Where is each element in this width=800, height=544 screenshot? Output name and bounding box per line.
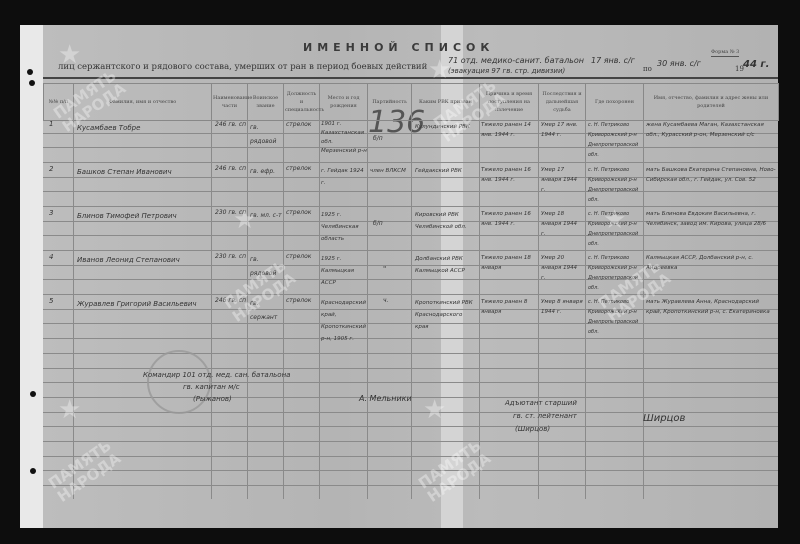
- punch-hole: [27, 69, 33, 75]
- row-relatives: жена Кусамбаева Маган, Казахстанская обл…: [646, 120, 776, 140]
- row-number: 1: [49, 120, 53, 128]
- row-name: Башков Степан Иванович: [77, 165, 209, 179]
- document-subtitle: лиц сержантского и рядового состава, уме…: [58, 62, 427, 72]
- signature-left: А. Мельники: [359, 394, 412, 403]
- row-burial: с. Н. Петриково Криворожский р-н Днепроп…: [588, 120, 642, 160]
- col-header-burial: Где похоронен: [586, 84, 644, 121]
- unit-handwritten-2: (эвакуация 97 гв. стр. дивизии): [448, 67, 565, 75]
- row-number: 2: [49, 165, 53, 173]
- signature-left-line2: гв. капитан м/с: [183, 383, 240, 391]
- row-relatives: мать Башкова Екатерина Степановна, Ново-…: [646, 165, 776, 185]
- casualty-table: №№ п/п Фамилия, имя и отчество Наименова…: [43, 83, 779, 121]
- row-number: 3: [49, 209, 53, 217]
- row-position: стрелок: [286, 253, 311, 260]
- grid-line: [43, 294, 778, 295]
- row-rank: гв. рядовой: [250, 121, 282, 149]
- row-cause: Тяжело ранен 16 янв. 1944 г.: [481, 165, 537, 185]
- row-birth: г. Гейдак 1924 г.: [321, 165, 367, 189]
- table-header-row: №№ п/п Фамилия, имя и отчество Наименова…: [44, 84, 779, 121]
- col-header-unit: Наименование части: [212, 84, 248, 121]
- row-name: Кусамбаев Тобре: [77, 121, 209, 135]
- grid-line: [43, 485, 778, 486]
- punch-hole: [30, 468, 36, 474]
- signature-right-line1: Адъютант старший: [505, 399, 577, 407]
- row-name: Блинов Тимофей Петрович: [77, 209, 209, 223]
- header-rule: [43, 77, 778, 79]
- row-party: член ВЛКСМ: [370, 165, 410, 177]
- grid-line: [43, 191, 778, 192]
- row-outcome: Умер 18 января 1944 г.: [541, 209, 583, 239]
- punch-hole: [30, 391, 36, 397]
- grid-line: [43, 426, 778, 427]
- row-rvk: Долбанский РВК Калмыцкой АССР: [415, 253, 477, 277]
- row-party: б/п: [373, 135, 383, 142]
- grid-line: [43, 206, 778, 207]
- row-relatives: мать Блинова Евдокия Васильевна, г. Челя…: [646, 209, 776, 229]
- binding-margin: [20, 25, 44, 528]
- col-header-party: Партийность: [368, 84, 412, 121]
- star-icon: ★: [428, 55, 451, 85]
- signature-right: Ширцов: [643, 413, 685, 424]
- row-outcome: Умер 17 января 1944 г.: [541, 165, 583, 195]
- row-number: 4: [49, 253, 53, 261]
- row-party: ": [383, 265, 386, 273]
- date-from: 17 янв. с/г: [591, 56, 635, 65]
- grid-line: [43, 456, 778, 457]
- row-burial: с. Н. Петриково Криворожский р-н Днепроп…: [588, 165, 642, 205]
- star-icon: ★: [603, 205, 626, 235]
- grid-line: [43, 353, 778, 354]
- row-position: стрелок: [286, 165, 311, 172]
- date-to-label: по: [643, 65, 652, 73]
- official-stamp: [147, 350, 211, 414]
- grid-line: [43, 470, 778, 471]
- row-number: 5: [49, 297, 53, 305]
- col-header-position: Должность и специальность: [284, 84, 320, 121]
- col-header-rank: Воинское звание: [248, 84, 284, 121]
- row-party: ч.: [383, 297, 388, 304]
- grid-line: [43, 338, 778, 339]
- grid-line: [43, 147, 778, 148]
- row-cause: Тяжело ранен 18 января: [481, 253, 537, 273]
- punch-hole: [29, 80, 35, 86]
- watermark: ПАМЯТЬНАРОДА: [45, 437, 123, 505]
- grid-line: [43, 441, 778, 442]
- row-position: стрелок: [286, 297, 311, 304]
- row-birth: 1925 г. Челябинская область: [321, 209, 367, 245]
- row-position: стрелок: [286, 121, 311, 128]
- row-rvk: Гейдакский РВК: [415, 165, 477, 177]
- row-relatives: Калмыцкая АССР, Долбанский р-н, с. Андре…: [646, 253, 776, 273]
- row-position: стрелок: [286, 209, 311, 216]
- row-rvk: Кропоткинский РВК Краснодарского края: [415, 297, 477, 333]
- row-name: Журавлев Григорий Васильевич: [77, 297, 209, 311]
- row-rank: гв. ефр.: [250, 165, 282, 179]
- unit-handwritten: 71 отд. медико-санит. батальон: [448, 56, 584, 65]
- grid-line: [43, 235, 778, 236]
- date-to: 30 янв. с/г: [657, 59, 701, 68]
- signature-right-line2: гв. ст. лейтенант: [513, 412, 577, 420]
- row-cause: Тяжело ранен 16 янв. 1944 г.: [481, 209, 537, 229]
- row-unit: 246 гв. сп: [215, 165, 246, 172]
- row-party: б/п: [373, 220, 383, 227]
- document-page: ИМЕННОЙ СПИСОК Форма № 3 лиц сержантског…: [43, 25, 778, 528]
- col-header-birth: Место и год рождения: [320, 84, 368, 121]
- signature-right-line3: (Ширцов): [515, 425, 550, 433]
- row-birth: 1901 г. Казахстанская обл. Мерзенский р-…: [321, 120, 367, 156]
- row-rvk: Кировский РВК Челябинской обл.: [415, 209, 477, 233]
- star-icon: ★: [233, 205, 256, 235]
- col-header-relatives: Имя, отчество, фамилия и адрес жены или …: [644, 84, 779, 121]
- row-outcome: Умер 8 января 1944 г.: [541, 297, 583, 317]
- row-outcome: Умер 17 янв. 1944 г.: [541, 120, 583, 140]
- signature-left-line3: (Рыжанов): [193, 395, 232, 403]
- document-title: ИМЕННОЙ СПИСОК: [303, 41, 494, 54]
- star-icon: ★: [423, 395, 446, 425]
- row-cause: Тяжело ранен 8 января: [481, 297, 537, 317]
- col-header-outcome: Последствия и дальнейшая судьба: [539, 84, 586, 121]
- row-birth: 1925 г. Калмыцкая АССР: [321, 253, 367, 289]
- row-name: Иванов Леонид Степанович: [77, 253, 209, 267]
- row-relatives: мать Журавлева Анна, Краснодарский край,…: [646, 297, 776, 317]
- row-birth: Краснодарский край, Кропоткинский р-н, 1…: [321, 297, 367, 345]
- row-unit: 246 гв. сп: [215, 121, 246, 128]
- signature-left-line1: Командир 101 отд. мед. сан. батальона: [143, 371, 290, 379]
- grid-line: [43, 323, 778, 324]
- row-unit: 230 гв. сп: [215, 253, 246, 260]
- star-icon: ★: [58, 40, 81, 70]
- row-cause: Тяжело ранен 14 янв. 1944 г.: [481, 120, 537, 140]
- form-number: Форма № 3: [711, 49, 739, 57]
- grid-line: [43, 250, 778, 251]
- row-outcome: Умер 20 января 1944 г.: [541, 253, 583, 283]
- year-value: 44 г.: [743, 59, 769, 70]
- star-icon: ★: [58, 395, 81, 425]
- grid-line: [43, 162, 778, 163]
